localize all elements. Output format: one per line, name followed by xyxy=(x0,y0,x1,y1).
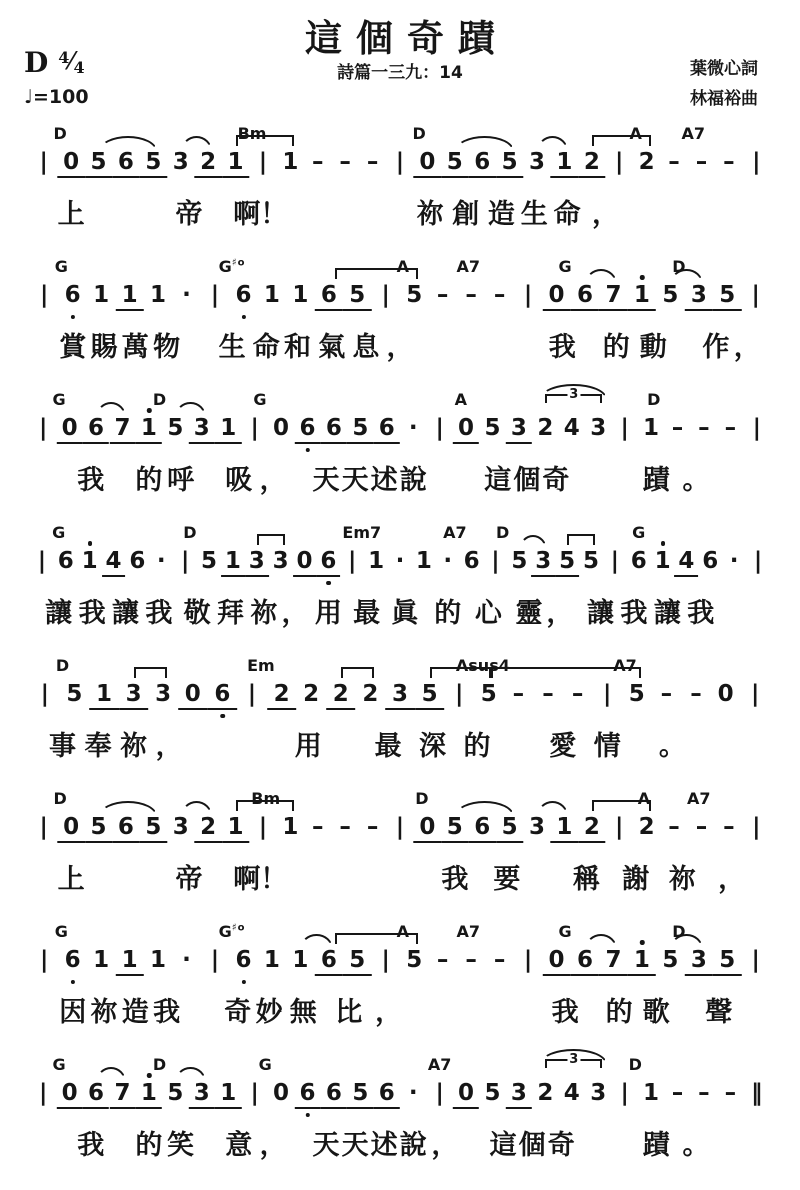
lyric-syllable: 的 xyxy=(135,1129,162,1163)
rest-token: 0 xyxy=(57,149,84,178)
chord-label: A7 xyxy=(681,124,705,143)
note-token: 2 xyxy=(578,149,605,178)
lyric-syllable: 述 xyxy=(371,464,398,498)
dash-token: – xyxy=(305,149,330,176)
dash-token: – xyxy=(689,149,714,176)
notes-row: |0671531|06656·|053243|1–––‖3 xyxy=(30,1080,770,1107)
note-token: 5 xyxy=(163,1080,187,1107)
lyric-syllable: 啊！ xyxy=(233,198,287,232)
lyrics-row: 上帝啊！祢創造生命， xyxy=(30,198,770,232)
barline-token: | xyxy=(238,681,265,708)
rest-token: 0 xyxy=(542,282,570,311)
notes-row: |6111·|61165|5–––|0671535| xyxy=(30,947,770,974)
lyric-syllable: ， xyxy=(387,331,414,365)
barline-token: | xyxy=(202,282,228,309)
barline-token: | xyxy=(31,415,55,442)
lyric-syllable: ， xyxy=(592,198,619,232)
barline-token: | xyxy=(31,282,57,309)
lyric-syllable: ， xyxy=(431,1129,458,1163)
lyric-syllable: 帝 xyxy=(175,198,202,232)
note-token: 6 xyxy=(230,947,256,974)
barline-token: | xyxy=(341,548,363,575)
note-token: 6 xyxy=(321,1080,347,1109)
chord-label: A xyxy=(455,390,467,409)
lyric-syllable: 無 xyxy=(290,996,317,1030)
tie-bracket xyxy=(592,800,651,811)
lyric-syllable: ， xyxy=(718,863,745,897)
chord-row: GDGAD xyxy=(30,390,770,410)
octave-dot-low xyxy=(220,714,225,719)
lyric-syllable: 心 xyxy=(475,597,502,631)
octave-dot-low xyxy=(71,980,76,985)
note-token: 3 xyxy=(531,548,555,577)
note-token: 6 xyxy=(315,282,343,311)
note-token: 1 xyxy=(287,282,313,309)
octave-dot-high xyxy=(640,940,645,945)
time-signature-denominator: 4 xyxy=(73,58,84,77)
score-body: DBmDAA7|0565321|1–––|0565312|2–––|上帝啊！祢創… xyxy=(30,124,770,1188)
lyric-syllable: 的 xyxy=(463,730,490,764)
lyric-syllable: 要 xyxy=(493,863,520,897)
chord-label: D xyxy=(54,124,67,143)
note-token: 6 xyxy=(315,947,343,976)
note-token: 6 xyxy=(60,947,86,974)
note-token: 1 xyxy=(115,282,143,311)
lyric-syllable: 稱 xyxy=(573,863,600,897)
dash-token: – xyxy=(716,814,741,841)
chord-label: Em xyxy=(247,656,275,675)
dash-token: – xyxy=(665,415,689,442)
dot-token: · xyxy=(723,548,745,575)
tie-bracket xyxy=(236,800,295,811)
dash-token: – xyxy=(564,681,591,708)
note-token: 6 xyxy=(374,415,400,444)
lyric-syllable: 說 xyxy=(400,1129,427,1163)
chord-label: D xyxy=(415,789,428,808)
notes-row: |6146·|513306|1·1·6|5355|6146·| xyxy=(30,548,770,575)
note-token: 6 xyxy=(294,415,320,444)
composer-credit: 林福裕曲 xyxy=(690,84,758,109)
note-token: 4 xyxy=(675,548,699,577)
dash-token: – xyxy=(665,1080,689,1107)
note-token: 7 xyxy=(109,1080,135,1109)
lyric-syllable: 動 xyxy=(640,331,667,365)
note-token: 1 xyxy=(88,947,114,974)
lyric-syllable: ， xyxy=(281,597,308,631)
note-token: 5 xyxy=(657,282,683,309)
music-system: DEmAsus4A7|513306|222235|5–––|5––0|事奉祢，用… xyxy=(30,656,770,768)
triplet-mark: 3 xyxy=(545,1059,602,1068)
dash-token: – xyxy=(360,814,385,841)
note-token: 1 xyxy=(551,814,578,843)
lyric-syllable: 讓 xyxy=(45,597,72,631)
note-token: 1 xyxy=(222,814,249,843)
dash-token: – xyxy=(716,149,741,176)
music-system: GDGA7D|0671531|06656·|053243|1–––‖3我的笑意，… xyxy=(30,1055,770,1167)
tie-bracket xyxy=(236,135,295,146)
note-token: 5 xyxy=(555,548,579,577)
note-token: 3 xyxy=(524,149,549,176)
note-token: 2 xyxy=(326,681,356,710)
dot-token: · xyxy=(401,1080,425,1107)
note-token: 5 xyxy=(140,814,167,843)
barline-token: | xyxy=(31,681,58,708)
lyric-syllable: 讓 xyxy=(112,597,139,631)
lyric-syllable: 吸 xyxy=(225,464,252,498)
chord-label: G xyxy=(52,390,65,409)
lyric-syllable: 奉 xyxy=(85,730,112,764)
music-system: GG♯oAA7GD|6111·|61165|5–––|0671535|賞賜萬物生… xyxy=(30,257,770,369)
octave-dot-low xyxy=(305,448,310,453)
note-token: 6 xyxy=(83,415,109,444)
octave-dot-low xyxy=(305,1113,310,1118)
note-token: 1 xyxy=(628,282,656,311)
note-token: 5 xyxy=(343,947,371,976)
key-letter: D xyxy=(24,46,48,79)
note-token: 3 xyxy=(189,1080,215,1109)
rest-token: 0 xyxy=(269,415,293,442)
lyric-syllable: 讓 xyxy=(654,597,681,631)
lyric-syllable: 我 xyxy=(441,863,468,897)
barline-token: | xyxy=(604,548,626,575)
note-token: 5 xyxy=(441,814,468,843)
lyric-syllable: 上 xyxy=(58,198,85,232)
tie-bracket xyxy=(335,933,419,944)
lyric-syllable: 的 xyxy=(606,996,633,1030)
lyric-syllable: 祢 xyxy=(250,597,277,631)
lyric-syllable: 我 xyxy=(153,996,180,1030)
lyric-syllable: 我 xyxy=(620,597,647,631)
dash-token: – xyxy=(661,149,686,176)
note-token: 5 xyxy=(480,1080,504,1107)
barline-token: | xyxy=(515,947,541,974)
chord-label: D xyxy=(647,390,660,409)
note-token: 6 xyxy=(571,947,599,976)
dash-token: – xyxy=(430,282,456,309)
chord-row: GDEm7A7DG xyxy=(30,523,770,543)
dash-token: – xyxy=(692,415,716,442)
note-token: 1 xyxy=(259,947,285,974)
note-token: 6 xyxy=(112,149,139,178)
chord-quality: ♯o xyxy=(232,923,246,934)
lyric-syllable: 我 xyxy=(77,1129,104,1163)
lyric-syllable: 謝 xyxy=(622,863,649,897)
lyric-syllable: ， xyxy=(546,597,573,631)
dash-token: – xyxy=(534,681,561,708)
notes-row: |513306|222235|5–––|5––0| xyxy=(30,681,770,708)
notes-row: |0671531|06656·|053243|1–––|3 xyxy=(30,415,770,442)
barline-token: | xyxy=(446,681,473,708)
chord-label: A7 xyxy=(457,922,481,941)
lyric-syllable: 我 xyxy=(552,996,579,1030)
barline-token: | xyxy=(607,149,632,176)
tie-bracket xyxy=(430,667,493,678)
note-token: 2 xyxy=(533,415,557,442)
music-system: GDEm7A7DG|6146·|513306|1·1·6|5355|6146·|… xyxy=(30,523,770,635)
lyric-syllable: 萬 xyxy=(122,331,149,365)
note-token: 5 xyxy=(401,282,427,309)
lyrics-row: 我的呼吸，天天述說這個奇蹟。 xyxy=(30,464,770,498)
note-token: 6 xyxy=(83,1080,109,1109)
dash-token: – xyxy=(653,681,680,708)
rest-token: 0 xyxy=(178,681,208,710)
tie-bracket xyxy=(134,667,168,678)
chord-label: A7 xyxy=(443,523,467,542)
note-token: 2 xyxy=(634,814,659,841)
chord-label: G xyxy=(259,1055,272,1074)
barline-token: | xyxy=(427,1080,451,1107)
lyric-syllable: 靈 xyxy=(515,597,542,631)
lyric-syllable: 個 xyxy=(519,1129,546,1163)
note-token: 6 xyxy=(461,548,483,575)
note-token: 2 xyxy=(267,681,297,710)
barline-token: | xyxy=(743,282,769,309)
note-token: 2 xyxy=(194,149,221,178)
note-token: 1 xyxy=(79,548,101,575)
dot-token: · xyxy=(401,415,425,442)
note-token: 2 xyxy=(194,814,221,843)
note-token: 1 xyxy=(89,681,119,710)
chord-label: A7 xyxy=(687,789,711,808)
chord-label: G♯o xyxy=(219,257,246,276)
note-token: 5 xyxy=(508,548,530,575)
chord-label: D xyxy=(153,1055,166,1074)
note-token: 5 xyxy=(347,1080,373,1109)
scripture-reference: 詩篇一三九：14 xyxy=(0,58,800,83)
lyric-syllable: 妙 xyxy=(256,996,283,1030)
lyric-syllable: 笑 xyxy=(167,1129,194,1163)
chord-label: A7 xyxy=(428,1055,452,1074)
lyric-syllable: 述 xyxy=(371,1129,398,1163)
lyric-syllable: 我 xyxy=(77,464,104,498)
note-token: 1 xyxy=(259,282,285,309)
note-token: 6 xyxy=(469,814,496,843)
octave-dot-low xyxy=(71,315,76,320)
tie-bracket xyxy=(567,534,595,545)
lyric-syllable: 個 xyxy=(513,464,540,498)
barline-token: | xyxy=(250,149,275,176)
rest-token: 0 xyxy=(57,814,84,843)
note-token: 3 xyxy=(506,1080,532,1109)
tie-bracket xyxy=(489,667,641,678)
tempo-marking: ♩=100 xyxy=(24,86,89,108)
note-token: 3 xyxy=(189,415,215,444)
rest-token: 0 xyxy=(56,415,82,444)
dash-token: – xyxy=(430,947,456,974)
dash-token: – xyxy=(689,814,714,841)
note-token: 6 xyxy=(469,149,496,178)
note-token: 1 xyxy=(639,1080,663,1107)
note-token: 5 xyxy=(401,947,427,974)
lyric-syllable: 愛 xyxy=(549,730,576,764)
lyrics-row: 因祢造我奇妙無比，我的歌聲 xyxy=(30,996,770,1030)
note-token: 2 xyxy=(533,1080,557,1107)
note-token: 6 xyxy=(126,548,148,575)
barline-token: | xyxy=(242,415,266,442)
note-token: 5 xyxy=(343,282,371,311)
dot-token: · xyxy=(173,282,199,309)
lyrics-row: 讓我讓我敬拜祢，用最眞的心靈，讓我讓我 xyxy=(30,597,770,631)
note-token: 1 xyxy=(88,282,114,309)
rest-token: 0 xyxy=(414,149,441,178)
barline-token: | xyxy=(31,1080,55,1107)
barline-token: | xyxy=(202,947,228,974)
note-token: 5 xyxy=(580,548,602,575)
barline-token: | xyxy=(743,947,769,974)
lyric-syllable: 的 xyxy=(135,464,162,498)
note-token: 7 xyxy=(109,415,135,444)
octave-dot-low xyxy=(241,980,246,985)
lyric-syllable: 敬 xyxy=(184,597,211,631)
octave-dot-high xyxy=(661,541,666,546)
note-token: 3 xyxy=(586,415,610,442)
note-token: 1 xyxy=(287,947,313,974)
note-token: 6 xyxy=(230,282,256,309)
tie-bracket xyxy=(335,268,419,279)
octave-dot-low xyxy=(326,581,331,586)
time-signature-numerator: 4 xyxy=(58,48,73,67)
barline-token: | xyxy=(742,681,769,708)
note-token: 5 xyxy=(140,149,167,178)
lyric-syllable: 物 xyxy=(153,331,180,365)
barline-token: | xyxy=(594,681,621,708)
dash-token: – xyxy=(682,681,709,708)
lyric-syllable: 。 xyxy=(683,1129,710,1163)
lyric-syllable: 因 xyxy=(59,996,86,1030)
rest-token: 0 xyxy=(453,1080,479,1109)
lyric-syllable: ， xyxy=(260,464,287,498)
note-token: 3 xyxy=(685,282,713,311)
barline-token: ‖ xyxy=(745,1080,769,1107)
lyric-syllable: 祢 xyxy=(669,863,696,897)
note-token: 5 xyxy=(347,415,373,444)
lyric-syllable: 造 xyxy=(488,198,515,232)
lyric-syllable: 作 xyxy=(702,331,729,365)
barline-token: | xyxy=(744,149,769,176)
lyric-syllable: 歌 xyxy=(643,996,670,1030)
note-token: 3 xyxy=(524,814,549,841)
lyric-syllable: 和 xyxy=(284,331,311,365)
lyric-syllable: 眞 xyxy=(391,597,418,631)
note-token: 6 xyxy=(208,681,238,710)
lyric-syllable: 息 xyxy=(352,331,379,365)
key-signature: D44 xyxy=(24,46,85,79)
lyric-syllable: 蹟 xyxy=(643,464,670,498)
lyric-syllable: 的 xyxy=(434,597,461,631)
notes-row: |0565321|1–––|0565312|2–––| xyxy=(30,149,770,176)
chord-label: G♯o xyxy=(219,922,246,941)
note-token: 6 xyxy=(112,814,139,843)
lyric-syllable: 賜 xyxy=(91,331,118,365)
barline-token: | xyxy=(373,947,399,974)
lyrics-row: 賞賜萬物生命和氣息，我的動作， xyxy=(30,331,770,365)
lyric-syllable: 的 xyxy=(603,331,630,365)
note-token: 5 xyxy=(496,814,523,843)
lyric-syllable: ， xyxy=(156,730,183,764)
lyric-syllable: 這 xyxy=(490,1129,517,1163)
barline-token: | xyxy=(174,548,196,575)
note-token: 5 xyxy=(415,681,445,710)
lyric-syllable: 。 xyxy=(659,730,686,764)
chord-label: G xyxy=(52,1055,65,1074)
rest-token: 0 xyxy=(712,681,739,708)
dash-token: – xyxy=(458,947,484,974)
note-token: 1 xyxy=(551,149,578,178)
lyric-syllable: 天 xyxy=(342,1129,369,1163)
note-token: 3 xyxy=(168,149,193,176)
note-token: 5 xyxy=(713,282,741,311)
note-token: 6 xyxy=(55,548,77,575)
note-token: 3 xyxy=(150,681,177,708)
lyric-syllable: 天 xyxy=(342,464,369,498)
chord-quality: ♯o xyxy=(232,258,246,269)
barline-token: | xyxy=(31,149,56,176)
notes-row: |0565321|1–––|0565312|2–––| xyxy=(30,814,770,841)
note-token: 1 xyxy=(145,282,171,309)
lyric-syllable: 創 xyxy=(452,198,479,232)
note-token: 1 xyxy=(652,548,674,575)
lyric-syllable: 。 xyxy=(683,464,710,498)
lyric-syllable: 深 xyxy=(419,730,446,764)
sheet-music-page: 這個奇蹟 詩篇一三九：14 D44 ♩=100 葉微心詞 林福裕曲 DBmDAA… xyxy=(0,0,800,1190)
lyric-syllable: 命 xyxy=(253,331,280,365)
barline-token: | xyxy=(607,814,632,841)
chord-label: G xyxy=(52,523,65,542)
barline-token: | xyxy=(612,1080,636,1107)
note-token: 1 xyxy=(639,415,663,442)
note-token: 5 xyxy=(163,415,187,442)
note-token: 3 xyxy=(270,548,292,575)
lyric-syllable: 聲 xyxy=(705,996,732,1030)
barline-token: | xyxy=(242,1080,266,1107)
dot-token: · xyxy=(150,548,172,575)
note-token: 5 xyxy=(713,947,741,976)
notes-row: |6111·|61165|5–––|0671535| xyxy=(30,282,770,309)
lyric-syllable: 奇 xyxy=(548,1129,575,1163)
lyric-syllable: 天 xyxy=(313,464,340,498)
lyric-syllable: 說 xyxy=(400,464,427,498)
note-token: 5 xyxy=(61,681,88,708)
chord-label: G xyxy=(558,257,571,276)
note-token: 5 xyxy=(85,149,112,178)
lyric-syllable: ， xyxy=(375,996,402,1030)
rest-token: 0 xyxy=(453,415,479,444)
chord-label: D xyxy=(413,124,426,143)
chord-label: A7 xyxy=(457,257,481,276)
music-system: DBmDAA7|0565321|1–––|0565312|2–––|上帝啊！我要… xyxy=(30,789,770,901)
note-token: 1 xyxy=(115,947,143,976)
music-system: GG♯oAA7GD|6111·|61165|5–––|0671535|因祢造我奇… xyxy=(30,922,770,1034)
lyrics-row: 我的笑意，天天述說，這個奇蹟。 xyxy=(30,1129,770,1163)
chord-label: D xyxy=(629,1055,642,1074)
lyric-syllable: 啊！ xyxy=(233,863,287,897)
note-token: 1 xyxy=(136,1080,162,1109)
lyric-syllable: 帝 xyxy=(175,863,202,897)
lyric-syllable: 奇 xyxy=(542,464,569,498)
lyric-syllable: ， xyxy=(734,331,761,365)
dash-token: – xyxy=(360,149,385,176)
music-system: DBmDAA7|0565321|1–––|0565312|2–––|上帝啊！祢創… xyxy=(30,124,770,236)
dash-token: – xyxy=(692,1080,716,1107)
note-token: 5 xyxy=(85,814,112,843)
lyric-syllable: 我 xyxy=(79,597,106,631)
triplet-number: 3 xyxy=(567,1053,580,1067)
lyric-syllable: 意 xyxy=(225,1129,252,1163)
note-token: 5 xyxy=(657,947,683,974)
note-token: 1 xyxy=(215,1080,241,1109)
note-token: 1 xyxy=(136,415,162,444)
barline-token: | xyxy=(747,548,769,575)
